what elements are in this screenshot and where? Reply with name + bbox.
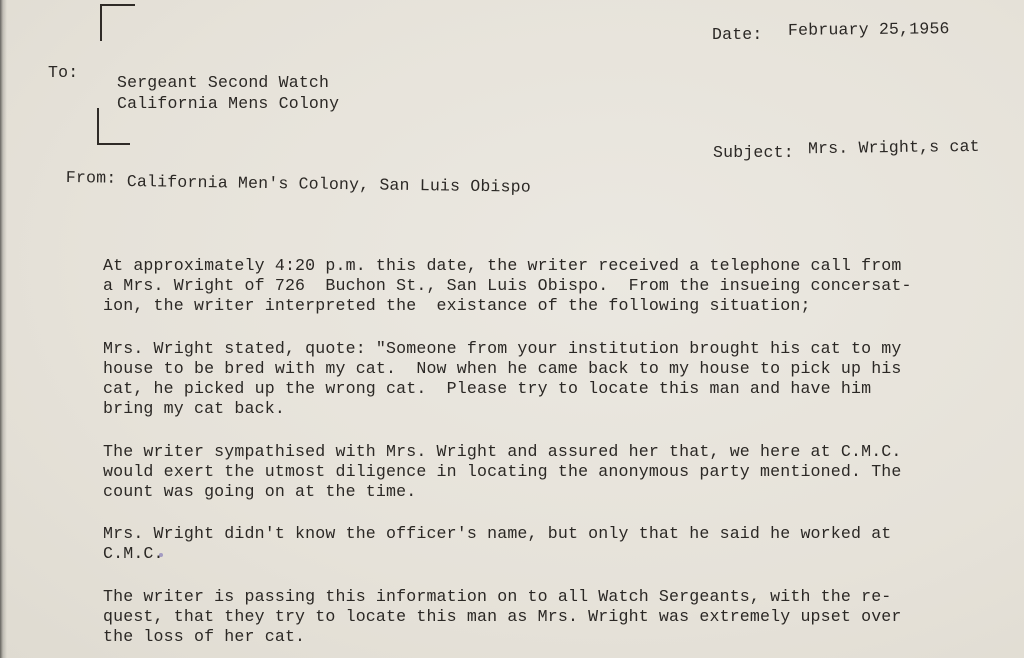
body-line: bring my cat back. [103,399,285,419]
from-value: California Men's Colony, San Luis Obispo [127,172,531,198]
to-recipient-line-1: Sergeant Second Watch [117,73,329,93]
to-recipient-line-2: California Mens Colony [117,94,339,114]
body-line: quest, that they try to locate this man … [103,607,902,627]
subject-label: Subject: [713,143,794,163]
body-line: a Mrs. Wright of 726 Buchon St., San Lui… [103,276,912,296]
address-corner-top-horizontal [101,4,135,6]
date-value: February 25,1956 [788,19,950,41]
body-line: would exert the utmost diligence in loca… [103,462,902,482]
body-line: cat, he picked up the wrong cat. Please … [103,379,871,399]
body-line: The writer is passing this information o… [103,587,891,607]
ink-smudge [159,553,163,557]
address-corner-bottom-horizontal [97,143,130,145]
body-line: count was going on at the time. [103,482,416,502]
memo-page: Date: February 25,1956 To: Sergeant Seco… [0,0,1024,658]
to-label: To: [48,63,78,83]
date-label: Date: [712,25,763,45]
body-line: the loss of her cat. [103,627,305,647]
from-label: From: [66,168,117,189]
body-line: At approximately 4:20 p.m. this date, th… [103,256,902,276]
body-line: ion, the writer interpreted the existanc… [103,296,811,316]
body-line: The writer sympathised with Mrs. Wright … [103,442,902,462]
subject-value: Mrs. Wright,s cat [808,137,980,159]
body-line: house to be bred with my cat. Now when h… [103,359,902,379]
address-corner-top-vertical [100,4,102,41]
body-line: Mrs. Wright didn't know the officer's na… [103,524,891,544]
body-line: Mrs. Wright stated, quote: "Someone from… [103,339,902,359]
address-corner-bottom-vertical [97,108,99,144]
body-line: C.M.C. [103,544,164,564]
